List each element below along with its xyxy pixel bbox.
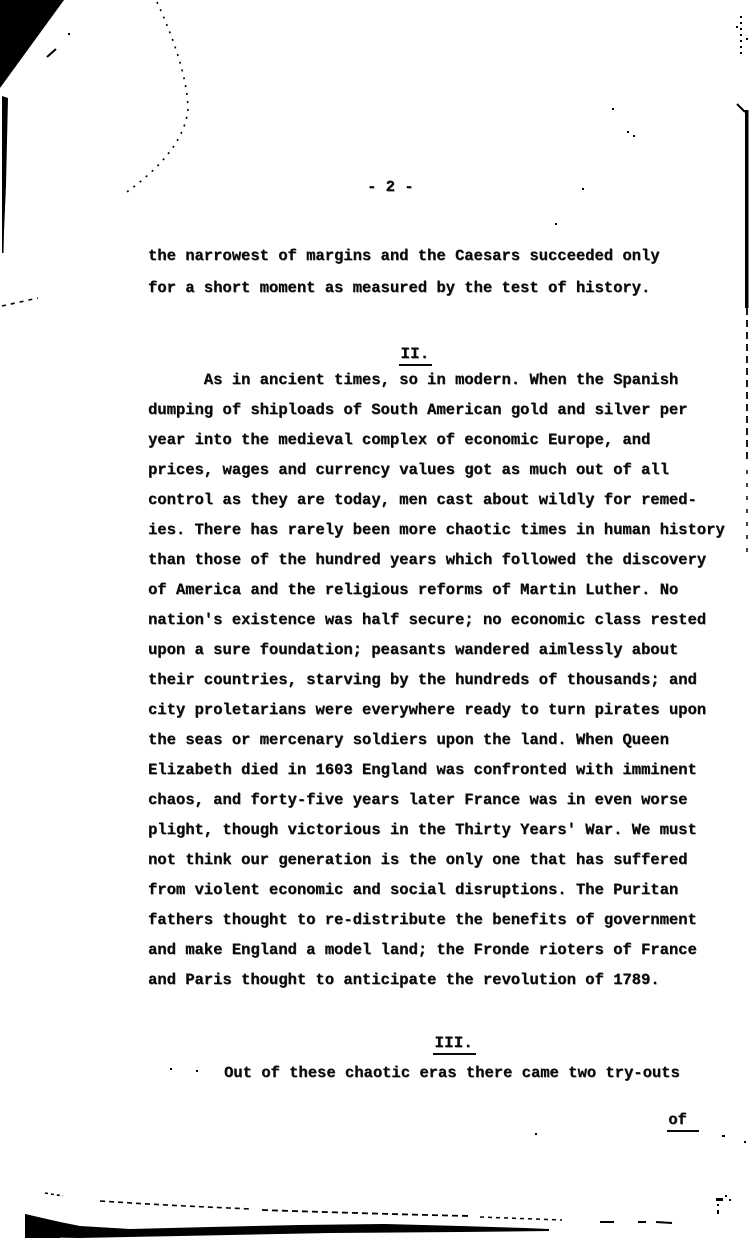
speck (170, 1068, 172, 1070)
left-edge-bar (2, 96, 8, 253)
speck (535, 1133, 537, 1135)
section-ii-paragraph: As in ancient times, so in modern. When … (148, 365, 725, 995)
text-line: year into the medieval complex of econom… (148, 425, 725, 455)
bottom-dashes (45, 1193, 63, 1196)
section-iii-paragraph: Out of these chaotic eras there came two… (224, 1058, 680, 1088)
speck (582, 188, 584, 190)
text-line: from violent economic and social disrupt… (148, 875, 725, 905)
scanned-document-page: - 2 - the narrowest of margins and the C… (0, 0, 750, 1238)
text-line: Elizabeth died in 1603 England was confr… (148, 755, 725, 785)
speck (722, 1135, 725, 1137)
text-line: and Paris thought to anticipate the revo… (148, 965, 725, 995)
text-line: fathers thought to re-distribute the ben… (148, 905, 725, 935)
speck (717, 1210, 719, 1214)
speck (729, 1199, 731, 1201)
crease-tick (47, 49, 56, 57)
text-line: city proletarians were everywhere ready … (148, 695, 725, 725)
speck (736, 26, 738, 28)
speck (35, 4, 37, 6)
bottom-dash (656, 1222, 672, 1223)
speck (627, 131, 629, 133)
page-number: - 2 - (367, 178, 414, 196)
bottom-edge-band (25, 1214, 549, 1238)
text-line: and make England a model land; the Frond… (148, 935, 725, 965)
text-line: upon a sure foundation; peasants wandere… (148, 635, 725, 665)
speck (68, 33, 70, 35)
bottom-right-mark (716, 1198, 723, 1201)
speck (744, 1141, 746, 1143)
text-line: plight, though victorious in the Thirty … (148, 815, 725, 845)
text-line: of America and the religious reforms of … (148, 575, 725, 605)
section-heading-ii-label: II. (399, 345, 432, 366)
text-line: ies. There has rarely been more chaotic … (148, 515, 725, 545)
speck (196, 1070, 198, 1072)
text-line: As in ancient times, so in modern. When … (148, 365, 725, 395)
bottom-dashes (480, 1217, 562, 1220)
section-heading-iii-label: III. (433, 1034, 475, 1055)
bottom-dashes (262, 1210, 470, 1216)
catchword-label: of (667, 1111, 699, 1132)
paragraph-continuation: the narrowest of margins and the Caesars… (148, 240, 660, 304)
text-line: dumping of shiploads of South American g… (148, 395, 725, 425)
text-line: their countries, starving by the hundred… (148, 665, 725, 695)
right-bar-hook (737, 104, 745, 112)
speck (633, 135, 635, 137)
speck (746, 38, 748, 40)
text-line: prices, wages and currency values got as… (148, 455, 725, 485)
text-line: not think our generation is the only one… (148, 845, 725, 875)
text-line: Out of these chaotic eras there came two… (224, 1058, 680, 1088)
text-line: than those of the hundred years which fo… (148, 545, 725, 575)
speck (612, 108, 614, 110)
speck (555, 223, 557, 225)
text-line: chaos, and forty-five years later France… (148, 785, 725, 815)
bottom-edge-blob (25, 1214, 60, 1238)
text-line: the seas or mercenary soldiers upon the … (148, 725, 725, 755)
text-line: nation's existence was half secure; no e… (148, 605, 725, 635)
speck (725, 1195, 727, 1197)
text-line: control as they are today, men cast abou… (148, 485, 725, 515)
corner-fold-mark (0, 0, 64, 88)
catchword: of (630, 1092, 699, 1149)
left-margin-dashes (2, 298, 38, 306)
bottom-dashes (100, 1201, 252, 1209)
text-line: for a short moment as measured by the te… (148, 272, 660, 304)
speck (717, 1204, 719, 1206)
crease-line (124, 2, 188, 194)
right-edge-bar (745, 110, 749, 308)
text-line: the narrowest of margins and the Caesars… (148, 240, 660, 272)
